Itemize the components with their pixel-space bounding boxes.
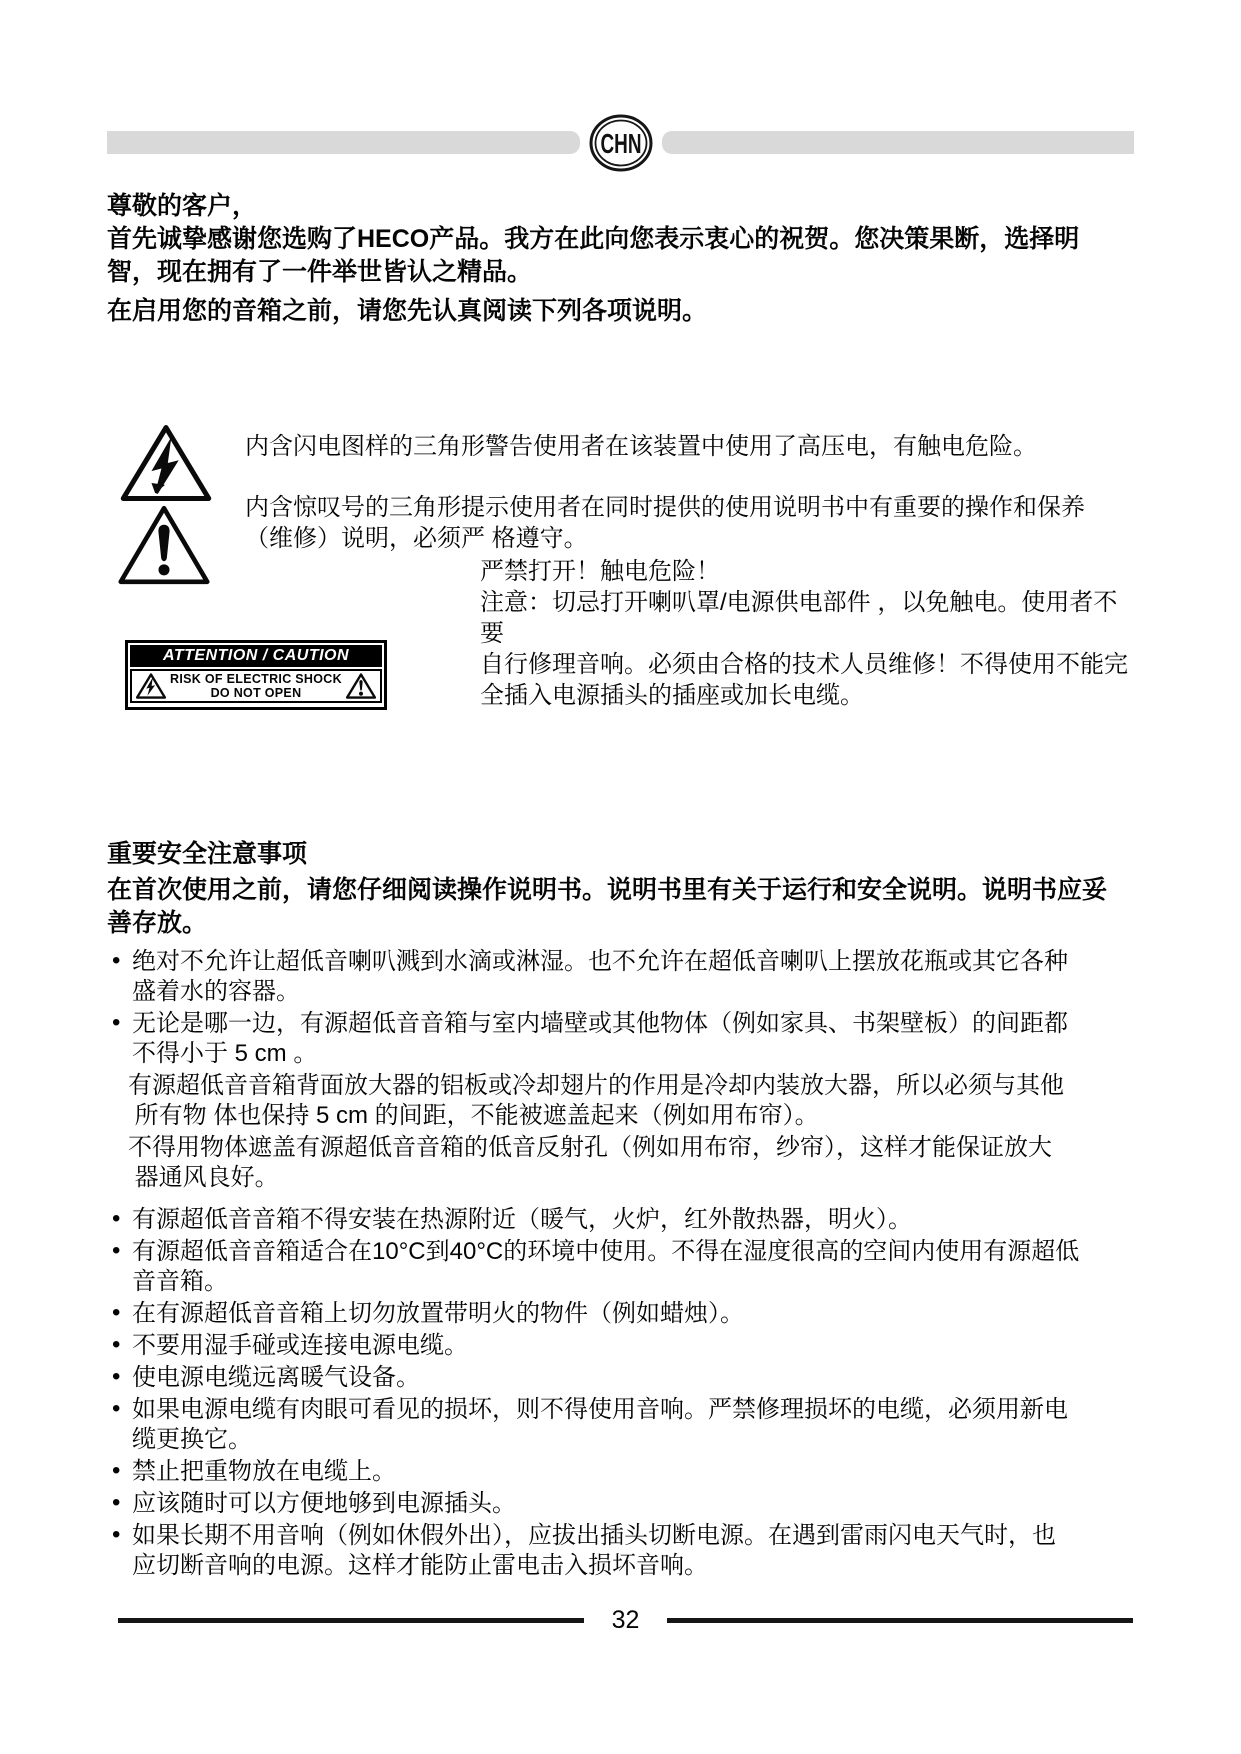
intro-paragraph-1: 首先诚挚感谢您选购了HECO产品。我方在此向您表示衷心的祝贺。您决策果断，选择明… bbox=[107, 223, 1135, 289]
page-header-bar: CHN bbox=[107, 131, 1134, 154]
caution-label-body: RISK OF ELECTRIC SHOCK DO NOT OPEN bbox=[130, 669, 382, 703]
page-footer: 32 bbox=[107, 1600, 1137, 1640]
safety-list: 绝对不允许让超低音喇叭溅到水滴或淋湿。也不允许在超低音喇叭上摆放花瓶或其它各种 … bbox=[107, 947, 1137, 1581]
list-item-text: 不要用湿手碰或连接电源电缆。 bbox=[132, 1332, 468, 1359]
list-item: 应该随时可以方便地够到电源插头。 bbox=[107, 1489, 1137, 1519]
list-item-text: 无论是哪一边，有源超低音音箱与室内墙壁或其他物体（例如家具、书架壁板）的间距都 … bbox=[132, 1010, 1068, 1067]
page-number: 32 bbox=[584, 1608, 668, 1633]
warning-row-lightning: 内含闪电图样的三角形警告使用者在该装置中使用了高压电，有触电危险。 bbox=[107, 415, 1137, 462]
caution-label-text: RISK OF ELECTRIC SHOCK DO NOT OPEN bbox=[166, 672, 346, 700]
list-item-text: 禁止把重物放在电缆上。 bbox=[132, 1458, 396, 1485]
intro-section: 尊敬的客户， 首先诚挚感谢您选购了HECO产品。我方在此向您表示衷心的祝贺。您决… bbox=[107, 190, 1135, 328]
list-item: 禁止把重物放在电缆上。 bbox=[107, 1457, 1137, 1487]
chn-badge-icon: CHN bbox=[589, 114, 653, 172]
list-item-text: 不得用物体遮盖有源超低音音箱的低音反射孔（例如用布帘，纱帘），这样才能保证放大 … bbox=[128, 1134, 1052, 1191]
list-item-text: 有源超低音音箱背面放大器的铝板或冷却翅片的作用是冷却内装放大器，所以必须与其他 … bbox=[128, 1072, 1064, 1129]
header-bar-right bbox=[662, 131, 1135, 154]
salutation: 尊敬的客户， bbox=[107, 190, 1135, 223]
intro-paragraph-2: 在启用您的音箱之前，请您先认真阅读下列各项说明。 bbox=[107, 295, 1135, 328]
warning-text-exclamation: 内含惊叹号的三角形提示使用者在同时提供的使用说明书中有重要的操作和保养 （维修）… bbox=[245, 486, 1137, 554]
chn-badge: CHN bbox=[580, 114, 662, 172]
footer-rule-right bbox=[667, 1618, 1133, 1623]
caution-label-title: ATTENTION / CAUTION bbox=[130, 645, 382, 667]
lightning-triangle-small-icon bbox=[136, 673, 166, 699]
warning-row-exclamation: 内含惊叹号的三角形提示使用者在同时提供的使用说明书中有重要的操作和保养 （维修）… bbox=[107, 486, 1137, 554]
caution-text-title: 严禁打开！触电危险！ bbox=[480, 556, 1137, 587]
manual-page: CHN 尊敬的客户， 首先诚挚感谢您选购了HECO产品。我方在此向您表示衷心的祝… bbox=[0, 0, 1241, 1754]
list-item-text: 有源超低音音箱适合在10°C到40°C的环境中使用。不得在湿度很高的空间内使用有… bbox=[132, 1238, 1079, 1295]
safety-heading: 重要安全注意事项 bbox=[107, 838, 1137, 871]
footer-rule-left bbox=[118, 1618, 584, 1623]
list-item-text: 如果长期不用音响（例如休假外出），应拔出插头切断电源。在遇到雷雨闪电天气时，也 … bbox=[132, 1522, 1056, 1579]
caution-open-line: DO NOT OPEN bbox=[166, 686, 346, 700]
list-item: 有源超低音音箱背面放大器的铝板或冷却翅片的作用是冷却内装放大器，所以必须与其他 … bbox=[107, 1071, 1137, 1131]
list-item: 不得用物体遮盖有源超低音音箱的低音反射孔（例如用布帘，纱帘），这样才能保证放大 … bbox=[107, 1133, 1137, 1193]
caution-risk-line: RISK OF ELECTRIC SHOCK bbox=[166, 672, 346, 686]
header-bar-left bbox=[107, 131, 580, 154]
exclamation-triangle-small-icon bbox=[346, 673, 376, 699]
list-item: 绝对不允许让超低音喇叭溅到水滴或淋湿。也不允许在超低音喇叭上摆放花瓶或其它各种 … bbox=[107, 947, 1137, 1007]
region-label: CHN bbox=[600, 128, 641, 159]
caution-text: 严禁打开！触电危险！ 注意：切忌打开喇叭罩/电源供电部件 ，以免触电。使用者不要… bbox=[480, 556, 1137, 711]
safety-intro: 在首次使用之前，请您仔细阅读操作说明书。说明书里有关于运行和安全说明。说明书应妥… bbox=[107, 874, 1137, 940]
list-item: 如果电源电缆有肉眼可看见的损坏，则不得使用音响。严禁修理损坏的电缆，必须用新电 … bbox=[107, 1395, 1137, 1455]
list-item-text: 使电源电缆远离暖气设备。 bbox=[132, 1364, 420, 1391]
caution-section: 严禁打开！触电危险！ 注意：切忌打开喇叭罩/电源供电部件 ，以免触电。使用者不要… bbox=[107, 556, 1137, 736]
list-item-text: 如果电源电缆有肉眼可看见的损坏，则不得使用音响。严禁修理损坏的电缆，必须用新电 … bbox=[132, 1396, 1068, 1453]
caution-text-body: 注意：切忌打开喇叭罩/电源供电部件 ，以免触电。使用者不要 自行修理音响。必须由… bbox=[480, 587, 1137, 711]
list-item: 如果长期不用音响（例如休假外出），应拔出插头切断电源。在遇到雷雨闪电天气时，也 … bbox=[107, 1521, 1137, 1581]
list-item-text: 有源超低音音箱不得安装在热源附近（暖气，火炉，红外散热器，明火）。 bbox=[132, 1206, 912, 1233]
caution-label: ATTENTION / CAUTION RISK OF ELECTRIC SHO… bbox=[125, 640, 387, 710]
list-item: 使电源电缆远离暖气设备。 bbox=[107, 1363, 1137, 1393]
list-item: 不要用湿手碰或连接电源电缆。 bbox=[107, 1331, 1137, 1361]
warning-text-lightning: 内含闪电图样的三角形警告使用者在该装置中使用了高压电，有触电危险。 bbox=[245, 415, 1137, 462]
list-item-text: 在有源超低音音箱上切勿放置带明火的物件（例如蜡烛）。 bbox=[132, 1300, 744, 1327]
list-item: 有源超低音音箱适合在10°C到40°C的环境中使用。不得在湿度很高的空间内使用有… bbox=[107, 1237, 1137, 1297]
list-item-text: 绝对不允许让超低音喇叭溅到水滴或淋湿。也不允许在超低音喇叭上摆放花瓶或其它各种 … bbox=[132, 948, 1068, 1005]
list-item-text: 应该随时可以方便地够到电源插头。 bbox=[132, 1490, 516, 1517]
list-item: 无论是哪一边，有源超低音音箱与室内墙壁或其他物体（例如家具、书架壁板）的间距都 … bbox=[107, 1009, 1137, 1069]
safety-section: 重要安全注意事项 在首次使用之前，请您仔细阅读操作说明书。说明书里有关于运行和安… bbox=[107, 838, 1137, 1583]
list-item: 有源超低音音箱不得安装在热源附近（暖气，火炉，红外散热器，明火）。 bbox=[107, 1205, 1137, 1235]
list-item: 在有源超低音音箱上切勿放置带明火的物件（例如蜡烛）。 bbox=[107, 1299, 1137, 1329]
